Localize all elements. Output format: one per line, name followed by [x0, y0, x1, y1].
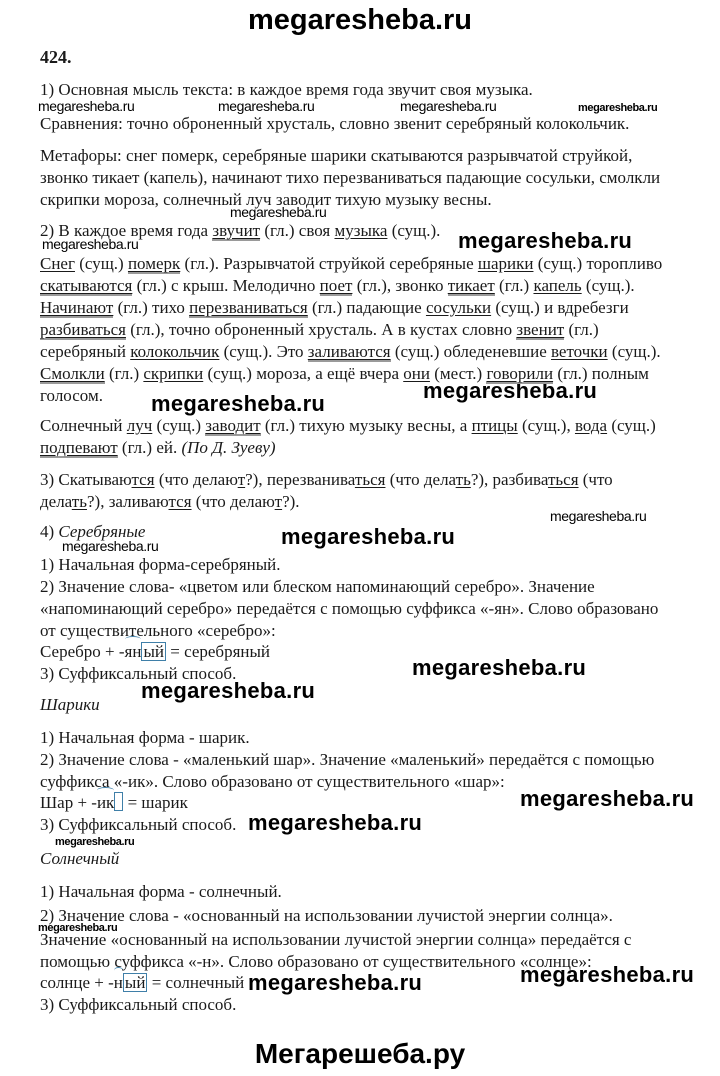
noun: луч [127, 416, 153, 435]
text: = шарик [123, 793, 188, 812]
verb: подпевают [40, 438, 118, 458]
text: (гл.), точно оброненный хрусталь. А в ку… [126, 320, 516, 339]
verb: поет [320, 276, 353, 296]
part3-line: 3) Скатываются (что делают?), перезванив… [40, 469, 613, 491]
underlined-ending: т [275, 492, 282, 511]
watermark: megaresheba.ru [520, 786, 694, 812]
parsed-line: разбиваться (гл.), точно оброненный хрус… [40, 319, 599, 341]
text: (гл.) падающие [308, 298, 426, 317]
verb: померк [128, 254, 180, 274]
text: 4) [40, 522, 58, 541]
word-heading: 4) Серебряные [40, 521, 145, 543]
source-attribution: (По Д. Зуеву) [181, 438, 275, 457]
suffix-mark: н [114, 972, 123, 994]
text: ?), перезванива [245, 470, 355, 489]
noun: вода [575, 416, 607, 435]
watermark: megaresheba.ru [412, 655, 586, 681]
analysis-line: 1) Начальная форма-серебряный. [40, 554, 281, 576]
verb: скатываются [40, 276, 132, 296]
text: Шар + - [40, 793, 97, 812]
parsed-line: скатываются (гл.) с крыш. Мелодично поет… [40, 275, 635, 297]
main-idea: 1) Основная мысль текста: в каждое время… [40, 79, 533, 101]
suffix-mark: ян [125, 641, 142, 663]
site-watermark-header[interactable]: megaresheba.ru [0, 4, 720, 37]
watermark: megaresheba.ru [281, 524, 455, 550]
comparisons: Сравнения: точно оброненный хрусталь, сл… [40, 113, 629, 135]
verb: Смолкли [40, 364, 105, 384]
text: ?), разбива [471, 470, 548, 489]
verb: говорили [486, 364, 553, 384]
analysis-line: 1) Начальная форма - шарик. [40, 727, 250, 749]
suffix-mark: ик [97, 792, 114, 814]
text: (сущ.) и вдребезги [491, 298, 629, 317]
text: (сущ.). [608, 342, 661, 361]
text: (гл.). Разрывчатой струйкой серебряные [180, 254, 478, 273]
text: (гл.), звонко [352, 276, 447, 295]
analysis-line: «напоминающий серебро» передаётся с помо… [40, 598, 658, 620]
underlined-ending: ть [72, 492, 87, 511]
text: солнце + - [40, 973, 114, 992]
verb: разбиваться [40, 320, 126, 340]
verb: звенит [516, 320, 564, 340]
underlined-ending: ть [456, 470, 471, 489]
watermark: megaresheba.ru [151, 391, 325, 417]
verb: тикает [448, 276, 495, 296]
text: Серебро + - [40, 642, 125, 661]
underlined-ending: тся [132, 470, 155, 489]
text: ?), заливаю [87, 492, 169, 511]
text: (что делаю [192, 492, 275, 511]
ending-box: ый [123, 973, 148, 992]
text: (гл.) тихо [113, 298, 189, 317]
analysis-line: от существительного «серебро»: [40, 620, 276, 642]
text: (сущ.). [387, 221, 440, 240]
text: (сущ.) мороза, а ещё вчера [203, 364, 403, 383]
text: = серебряный [166, 642, 270, 661]
analysis-line: 1) Начальная форма - солнечный. [40, 881, 282, 903]
underlined-ending: тся [169, 492, 192, 511]
text: (гл.) тихую музыку весны, а [261, 416, 472, 435]
text: (гл.) ей. [118, 438, 182, 457]
analysis-line: 2) Значение слова - «маленький шар». Зна… [40, 749, 654, 771]
noun: шарики [478, 254, 534, 273]
text: серебряный [40, 342, 130, 361]
parsed-line: Снег (сущ.) померк (гл.). Разрывчатой ст… [40, 253, 662, 275]
verb: заводит [205, 416, 260, 436]
verb: заливаются [308, 342, 391, 362]
text: (сущ.). Это [219, 342, 307, 361]
method-line: 3) Суффиксальный способ. [40, 814, 236, 836]
parsed-line: Смолкли (гл.) скрипки (сущ.) мороза, а е… [40, 363, 649, 385]
underlined-ending: ться [355, 470, 386, 489]
metaphors-line: скрипки мороза, солнечный луч заводит ти… [40, 189, 492, 211]
text: (гл.) [564, 320, 598, 339]
watermark: megaresheba.ru [248, 810, 422, 836]
noun: колокольчик [130, 342, 219, 361]
text: дела [40, 492, 72, 511]
watermark: megaresheba.ru [458, 228, 632, 254]
parsed-line: подпевают (гл.) ей. (По Д. Зуеву) [40, 437, 276, 459]
underlined-ending: ться [548, 470, 579, 489]
morpheme-formula: Серебро + -яный = серебряный [40, 641, 270, 663]
noun: Снег [40, 254, 75, 273]
text: (что дела [385, 470, 455, 489]
verb: перезваниваться [189, 298, 308, 318]
text: (что делаю [155, 470, 238, 489]
text: (что [579, 470, 613, 489]
text: Солнечный [40, 416, 127, 435]
noun: сосульки [426, 298, 491, 317]
analysis-line: 2) Значение слова- «цветом или блеском н… [40, 576, 595, 598]
ending-box-empty [114, 792, 123, 811]
watermark: megaresheba.ru [248, 970, 422, 996]
text: ?). [282, 492, 299, 511]
watermark: megaresheba.ru [55, 836, 134, 848]
method-line: 3) Суффиксальный способ. [40, 994, 236, 1016]
verb: Начинают [40, 298, 113, 318]
noun: капель [533, 276, 581, 295]
word-title: Солнечный [40, 848, 119, 870]
parsed-line: Солнечный луч (сущ.) заводит (гл.) тихую… [40, 415, 656, 437]
part3-line: делать?), заливаются (что делают?). [40, 491, 300, 513]
text: (сущ.), [518, 416, 575, 435]
watermark: megaresheba.ru [550, 508, 646, 524]
noun: веточки [551, 342, 608, 361]
metaphors-line: звонко тикает (капель), начинают тихо пе… [40, 167, 660, 189]
parsed-line: серебряный колокольчик (сущ.). Это залив… [40, 341, 661, 363]
text: (сущ.). [582, 276, 635, 295]
parsed-line: 2) В каждое время года звучит (гл.) своя… [40, 220, 440, 242]
text: (сущ.) торопливо [533, 254, 662, 273]
text: (гл.) полным [553, 364, 649, 383]
noun: птицы [472, 416, 518, 435]
text: (гл.) своя [260, 221, 334, 240]
metaphors-line: Метафоры: снег померк, серебряные шарики… [40, 145, 632, 167]
pronoun: они [403, 364, 430, 383]
text: (сущ.) [152, 416, 205, 435]
analysis-line: 2) Значение слова - «основанный на испол… [40, 905, 613, 927]
analysis-line: Значение «основанный на использовании лу… [40, 929, 631, 951]
text: = солнечный [147, 973, 244, 992]
site-watermark-footer[interactable]: Мегарешеба.ру [0, 1038, 720, 1070]
text: 2) В каждое время года [40, 221, 212, 240]
text: (сущ.) [75, 254, 128, 273]
underlined-ending: т [238, 470, 245, 489]
morpheme-formula: солнце + -ный = солнечный [40, 972, 244, 994]
text: 3) Скатываю [40, 470, 132, 489]
text: (гл.) [105, 364, 144, 383]
text: (сущ.) [607, 416, 656, 435]
parsed-line: Начинают (гл.) тихо перезваниваться (гл.… [40, 297, 629, 319]
method-line: 3) Суффиксальный способ. [40, 663, 236, 685]
text: (мест.) [430, 364, 487, 383]
morpheme-formula: Шар + -ик = шарик [40, 792, 188, 814]
text: (гл.) с крыш. Мелодично [132, 276, 319, 295]
parsed-line: голосом. [40, 385, 103, 407]
text: (гл.) [495, 276, 534, 295]
ending-box: ый [141, 642, 166, 661]
text: (сущ.) обледеневшие [391, 342, 551, 361]
word-title: Серебряные [58, 522, 145, 541]
noun: скрипки [143, 364, 203, 383]
word-title: Шарики [40, 694, 100, 716]
noun: музыка [334, 221, 387, 240]
exercise-number: 424. [40, 46, 72, 68]
verb: звучит [212, 221, 260, 241]
